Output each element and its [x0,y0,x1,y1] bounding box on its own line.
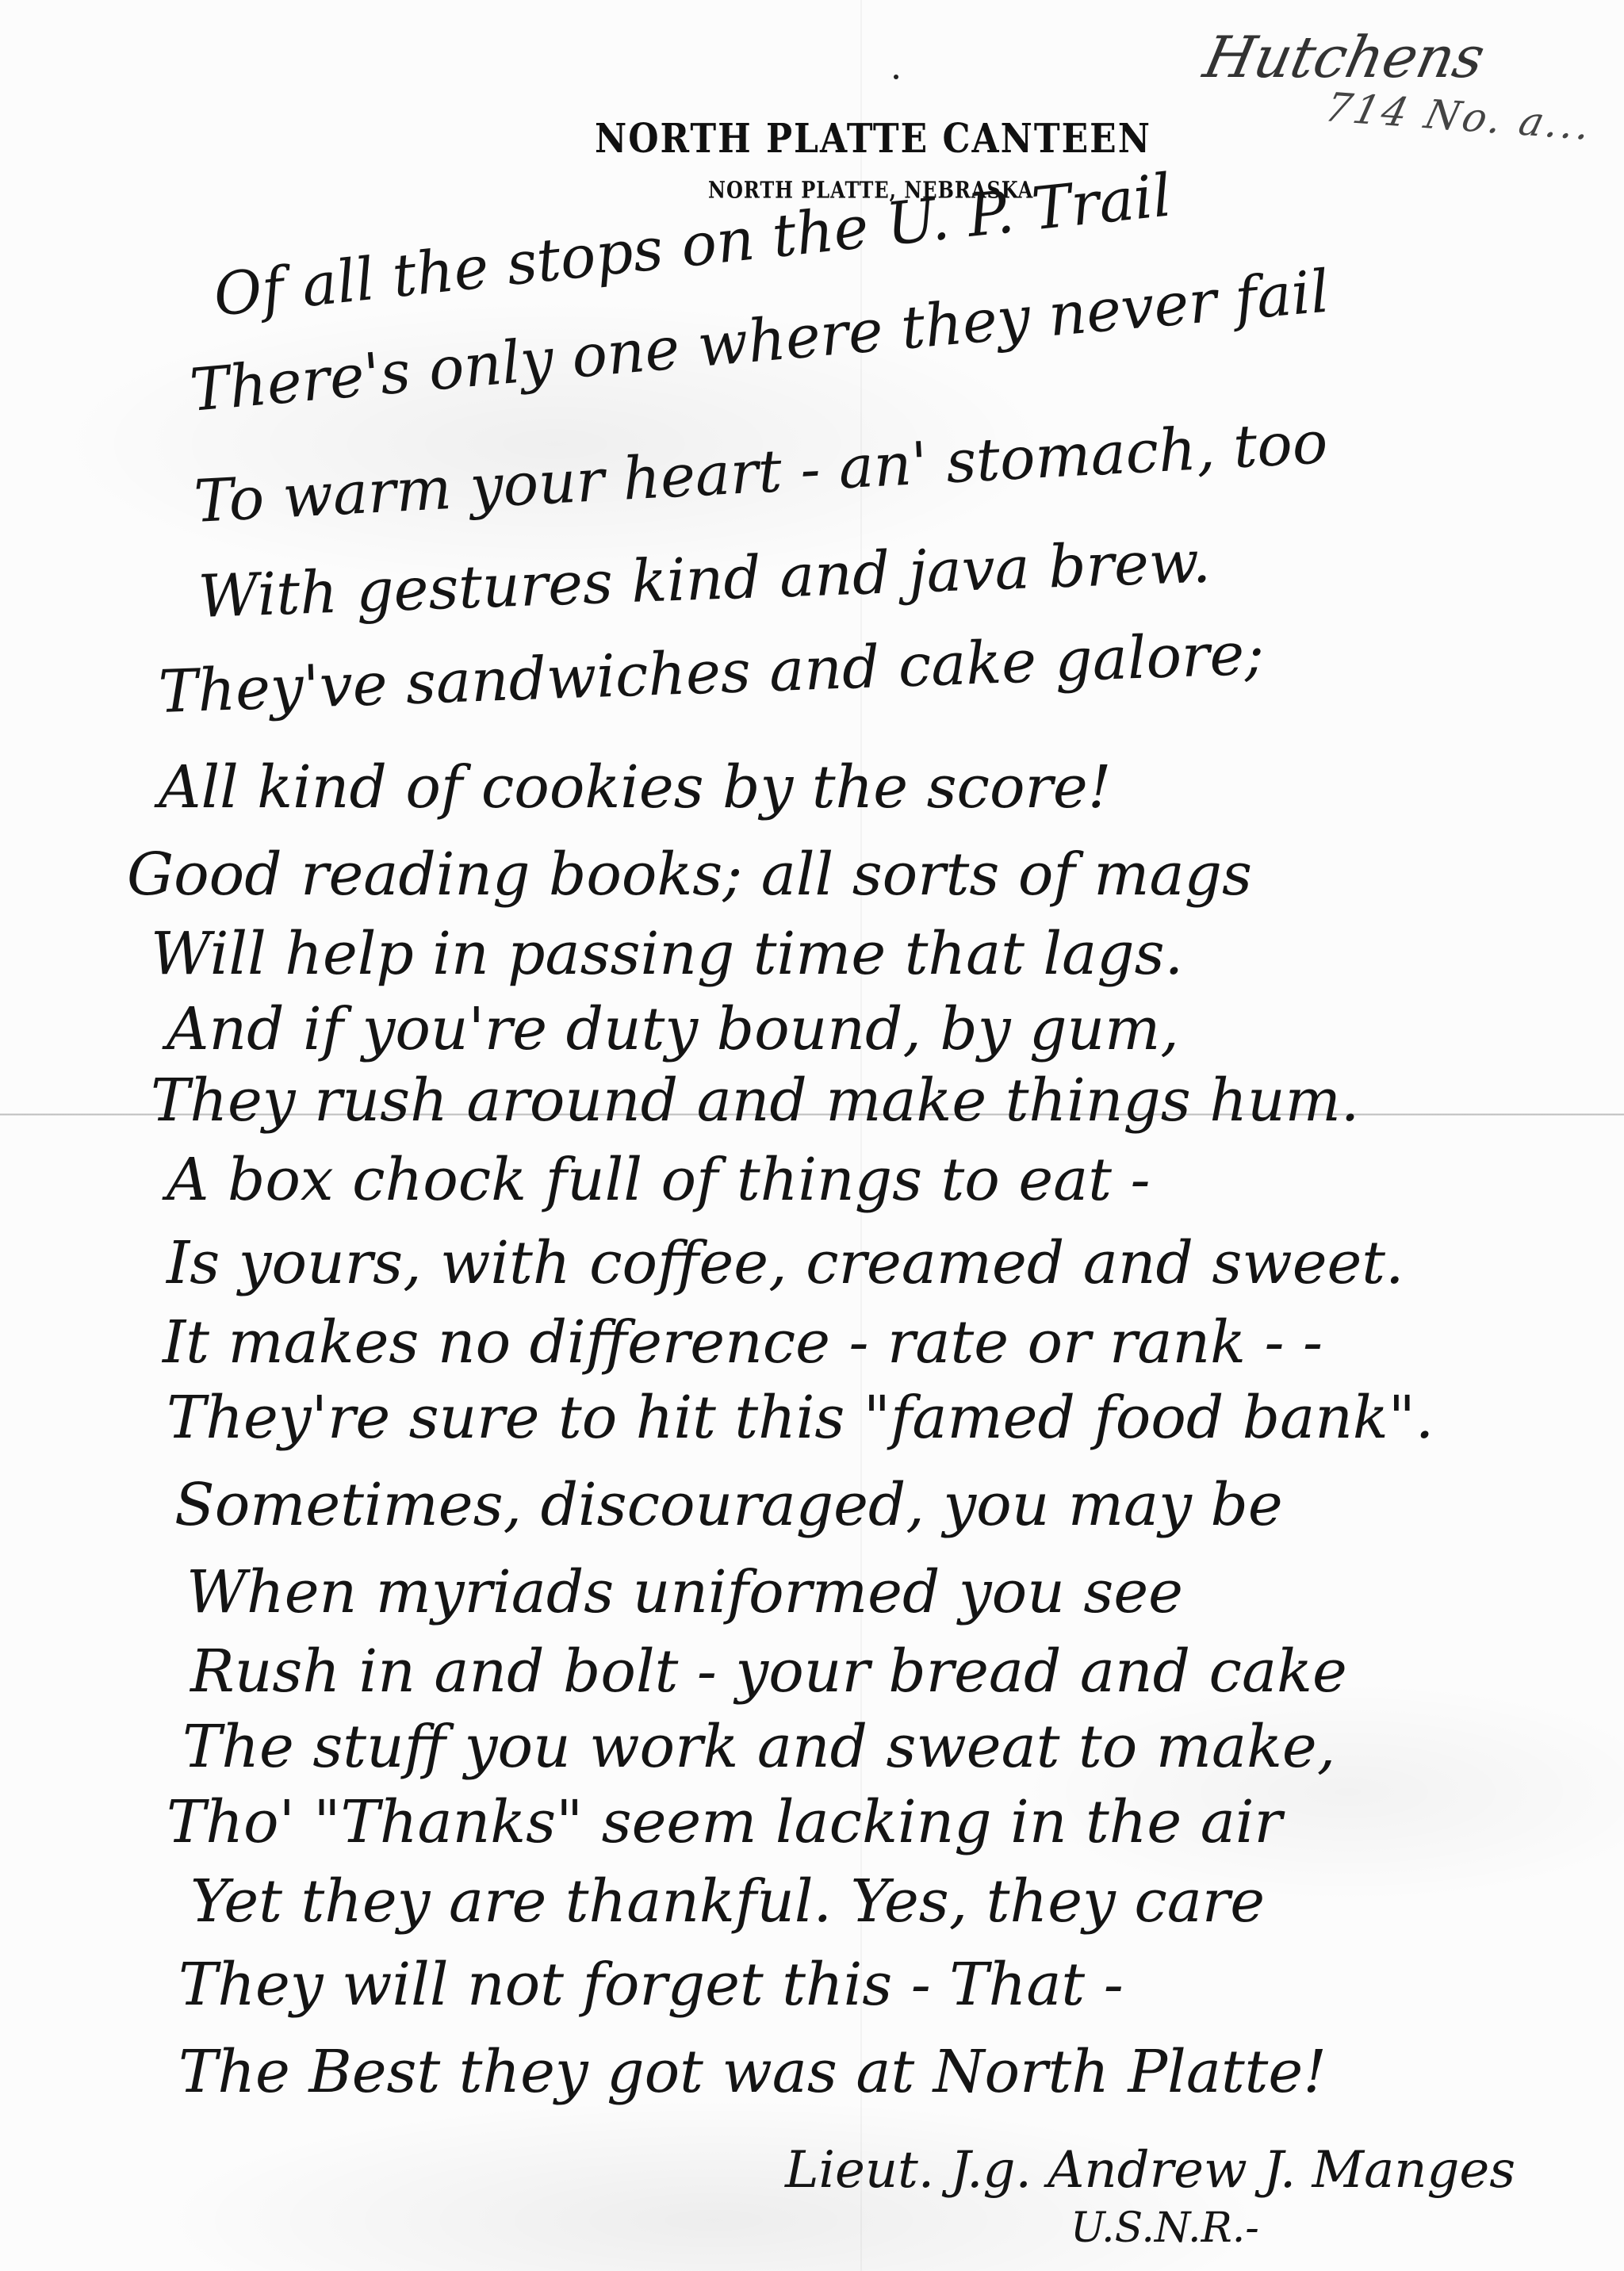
poem-line: Will help in passing time that lags. [151,920,1183,988]
poem-line: A box chock full of things to eat - [167,1146,1151,1214]
poem-line: Good reading books; all sorts of mags [127,841,1252,909]
poem-body: Of all the stops on the U. P. Trail Ther… [0,0,1624,2271]
poem-line: It makes no difference - rate or rank - … [163,1308,1323,1377]
poem-line: To warm your heart - an' stomach, too [193,408,1330,536]
signature-name: Lieut. J.g. Andrew J. Manges [785,2141,1515,2200]
poem-line: All kind of cookies by the score! [159,753,1111,821]
poem-line: When myriads uniformed you see [186,1558,1183,1626]
poem-line: Sometimes, discouraged, you may be [174,1471,1283,1539]
poem-line: Rush in and bolt - your bread and cake [190,1637,1347,1706]
poem-line: And if you're duty bound, by gum, [167,995,1179,1063]
poem-line: They rush around and make things hum. [151,1067,1359,1135]
poem-line: They're sure to hit this "famed food ban… [167,1384,1434,1452]
poem-line: The Best they got was at North Platte! [178,2038,1327,2106]
poem-line: Tho' "Thanks" seem lacking in the air [167,1788,1282,1856]
signature-service: U.S.N.R.- [1071,2204,1259,2252]
poem-line: They've sandwiches and cake galore; [157,619,1265,726]
poem-line: Yet they are thankful. Yes, they care [190,1867,1265,1936]
poem-line: The stuff you work and sweat to make, [182,1713,1335,1781]
poem-line: Is yours, with coffee, creamed and sweet… [167,1229,1404,1297]
poem-line: With gestures kind and java brew. [197,527,1212,631]
poem-line: They will not forget this - That - [178,1951,1124,2019]
